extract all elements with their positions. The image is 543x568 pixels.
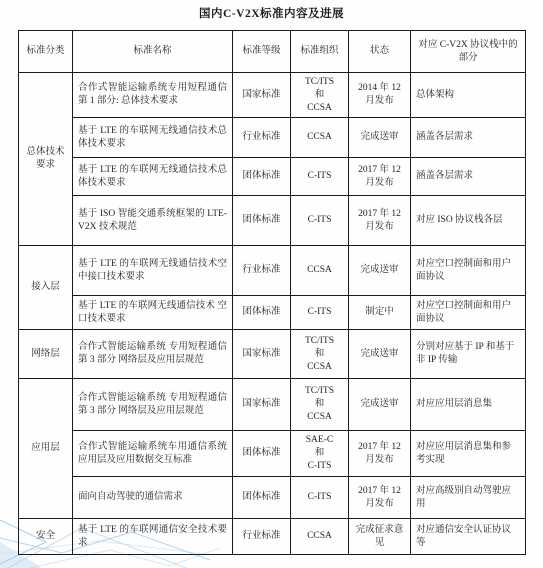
cell-name: 合作式智能运输系统 专用短程通信 第 3 部分 网络层及应用层规范	[73, 379, 233, 431]
cell-level: 行业标准	[233, 519, 291, 555]
cell-category-security: 安全	[19, 519, 73, 555]
cell-protocol-part: 对应 ISO 协议栈各层	[411, 196, 526, 246]
cell-name: 基于 LTE 的车联网无线通信技术 空口技术要求	[73, 296, 233, 330]
cell-name: 合作式智能运输系统车用通信系统应用层及应用数据交互标准	[73, 431, 233, 477]
cell-level: 团体标准	[233, 431, 291, 477]
cell-level: 团体标准	[233, 296, 291, 330]
table-row: 基于 ISO 智能交通系统框架的 LTE-V2X 技术规范 团体标准 C-ITS…	[19, 196, 526, 246]
header-org: 标准组织	[291, 31, 349, 73]
table-row: 网络层 合作式智能运输系统 专用短程通信 第 3 部分 网络层及应用层规范 国家…	[19, 330, 526, 379]
cell-name: 基于 LTE 的车联网无线通信技术总体技术要求	[73, 118, 233, 158]
cell-org: CCSA	[291, 519, 349, 555]
cell-org: CCSA	[291, 118, 349, 158]
cell-level: 国家标准	[233, 330, 291, 379]
header-protocol-part: 对应 C-V2X 协议栈中的部分	[411, 31, 526, 73]
table-row: 接入层 基于 LTE 的车联网无线通信技术空中接口技术要求 行业标准 CCSA …	[19, 246, 526, 296]
table-row: 基于 LTE 的车联网无线通信技术总体技术要求 行业标准 CCSA 完成送审 涵…	[19, 118, 526, 158]
standards-table: 标准分类 标准名称 标准等级 标准组织 状态 对应 C-V2X 协议栈中的部分 …	[18, 30, 526, 555]
cell-status: 完成送审	[349, 246, 411, 296]
cell-status: 2017 年 12 月发布	[349, 477, 411, 519]
cell-level: 国家标准	[233, 73, 291, 118]
cell-status: 制定中	[349, 296, 411, 330]
cell-level: 国家标准	[233, 379, 291, 431]
header-status: 状态	[349, 31, 411, 73]
cell-protocol-part: 总体架构	[411, 73, 526, 118]
cell-org: C-ITS	[291, 196, 349, 246]
cell-name: 面向自动驾驶的通信需求	[73, 477, 233, 519]
table-row: 总体技术要求 合作式智能运输系统专用短程通信 第 1 部分: 总体技术要求 国家…	[19, 73, 526, 118]
cell-status: 2017 年 12 月发布	[349, 196, 411, 246]
cell-protocol-part: 涵盖各层需求	[411, 158, 526, 196]
cell-name: 合作式智能运输系统 专用短程通信 第 3 部分 网络层及应用层规范	[73, 330, 233, 379]
cell-category-access-layer: 接入层	[19, 246, 73, 330]
cell-status: 完成送审	[349, 330, 411, 379]
cell-level: 行业标准	[233, 118, 291, 158]
cell-org: SAE-C 和 C-ITS	[291, 431, 349, 477]
header-category: 标准分类	[19, 31, 73, 73]
table-row: 基于 LTE 的车联网无线通信技术 空口技术要求 团体标准 C-ITS 制定中 …	[19, 296, 526, 330]
cell-org: C-ITS	[291, 158, 349, 196]
cell-protocol-part: 对应高级别自动驾驶应用	[411, 477, 526, 519]
cell-name: 基于 LTE 的车联网无线通信技术空中接口技术要求	[73, 246, 233, 296]
cell-level: 团体标准	[233, 477, 291, 519]
cell-level: 团体标准	[233, 196, 291, 246]
header-row: 标准分类 标准名称 标准等级 标准组织 状态 对应 C-V2X 协议栈中的部分	[19, 31, 526, 73]
cell-category-network-layer: 网络层	[19, 330, 73, 379]
cell-name: 基于 LTE 的车联网通信安全技术要求	[73, 519, 233, 555]
cell-org: TC/ITS 和 CCSA	[291, 379, 349, 431]
cell-category-application-layer: 应用层	[19, 379, 73, 519]
cell-protocol-part: 对应空口控制面和用户面协议	[411, 246, 526, 296]
cell-org: C-ITS	[291, 477, 349, 519]
cell-protocol-part: 对应应用层消息集	[411, 379, 526, 431]
document-page: 国内C-V2X标准内容及进展 标准分类 标准名称 标准等级 标准组织 状态 对应…	[0, 0, 543, 568]
cell-status: 2014 年 12 月发布	[349, 73, 411, 118]
cell-status: 完成送审	[349, 379, 411, 431]
cell-org: CCSA	[291, 246, 349, 296]
cell-protocol-part: 对应通信安全认证协议等	[411, 519, 526, 555]
cell-level: 团体标准	[233, 158, 291, 196]
cell-status: 完成征求意见	[349, 519, 411, 555]
cell-protocol-part: 对应应用层消息集和参考实现	[411, 431, 526, 477]
table-row: 基于 LTE 的车联网无线通信技术总体技术要求 团体标准 C-ITS 2017 …	[19, 158, 526, 196]
cell-name: 合作式智能运输系统专用短程通信 第 1 部分: 总体技术要求	[73, 73, 233, 118]
cell-org: C-ITS	[291, 296, 349, 330]
table-row: 面向自动驾驶的通信需求 团体标准 C-ITS 2017 年 12 月发布 对应高…	[19, 477, 526, 519]
header-name: 标准名称	[73, 31, 233, 73]
cell-org: TC/ITS 和 CCSA	[291, 73, 349, 118]
header-level: 标准等级	[233, 31, 291, 73]
table-row: 安全 基于 LTE 的车联网通信安全技术要求 行业标准 CCSA 完成征求意见 …	[19, 519, 526, 555]
cell-org: TC/ITS 和 CCSA	[291, 330, 349, 379]
cell-name: 基于 ISO 智能交通系统框架的 LTE-V2X 技术规范	[73, 196, 233, 246]
table-row: 应用层 合作式智能运输系统 专用短程通信 第 3 部分 网络层及应用层规范 国家…	[19, 379, 526, 431]
cell-status: 2017 年 12 月发布	[349, 431, 411, 477]
cell-protocol-part: 涵盖各层需求	[411, 118, 526, 158]
cell-level: 行业标准	[233, 246, 291, 296]
cell-protocol-part: 分别对应基于 IP 和基于非 IP 传输	[411, 330, 526, 379]
table-row: 合作式智能运输系统车用通信系统应用层及应用数据交互标准 团体标准 SAE-C 和…	[19, 431, 526, 477]
cell-category-overall: 总体技术要求	[19, 73, 73, 246]
cell-protocol-part: 对应空口控制面和用户面协议	[411, 296, 526, 330]
cell-status: 2017 年 12 月发布	[349, 158, 411, 196]
cell-name: 基于 LTE 的车联网无线通信技术总体技术要求	[73, 158, 233, 196]
page-title: 国内C-V2X标准内容及进展	[0, 5, 543, 21]
cell-status: 完成送审	[349, 118, 411, 158]
